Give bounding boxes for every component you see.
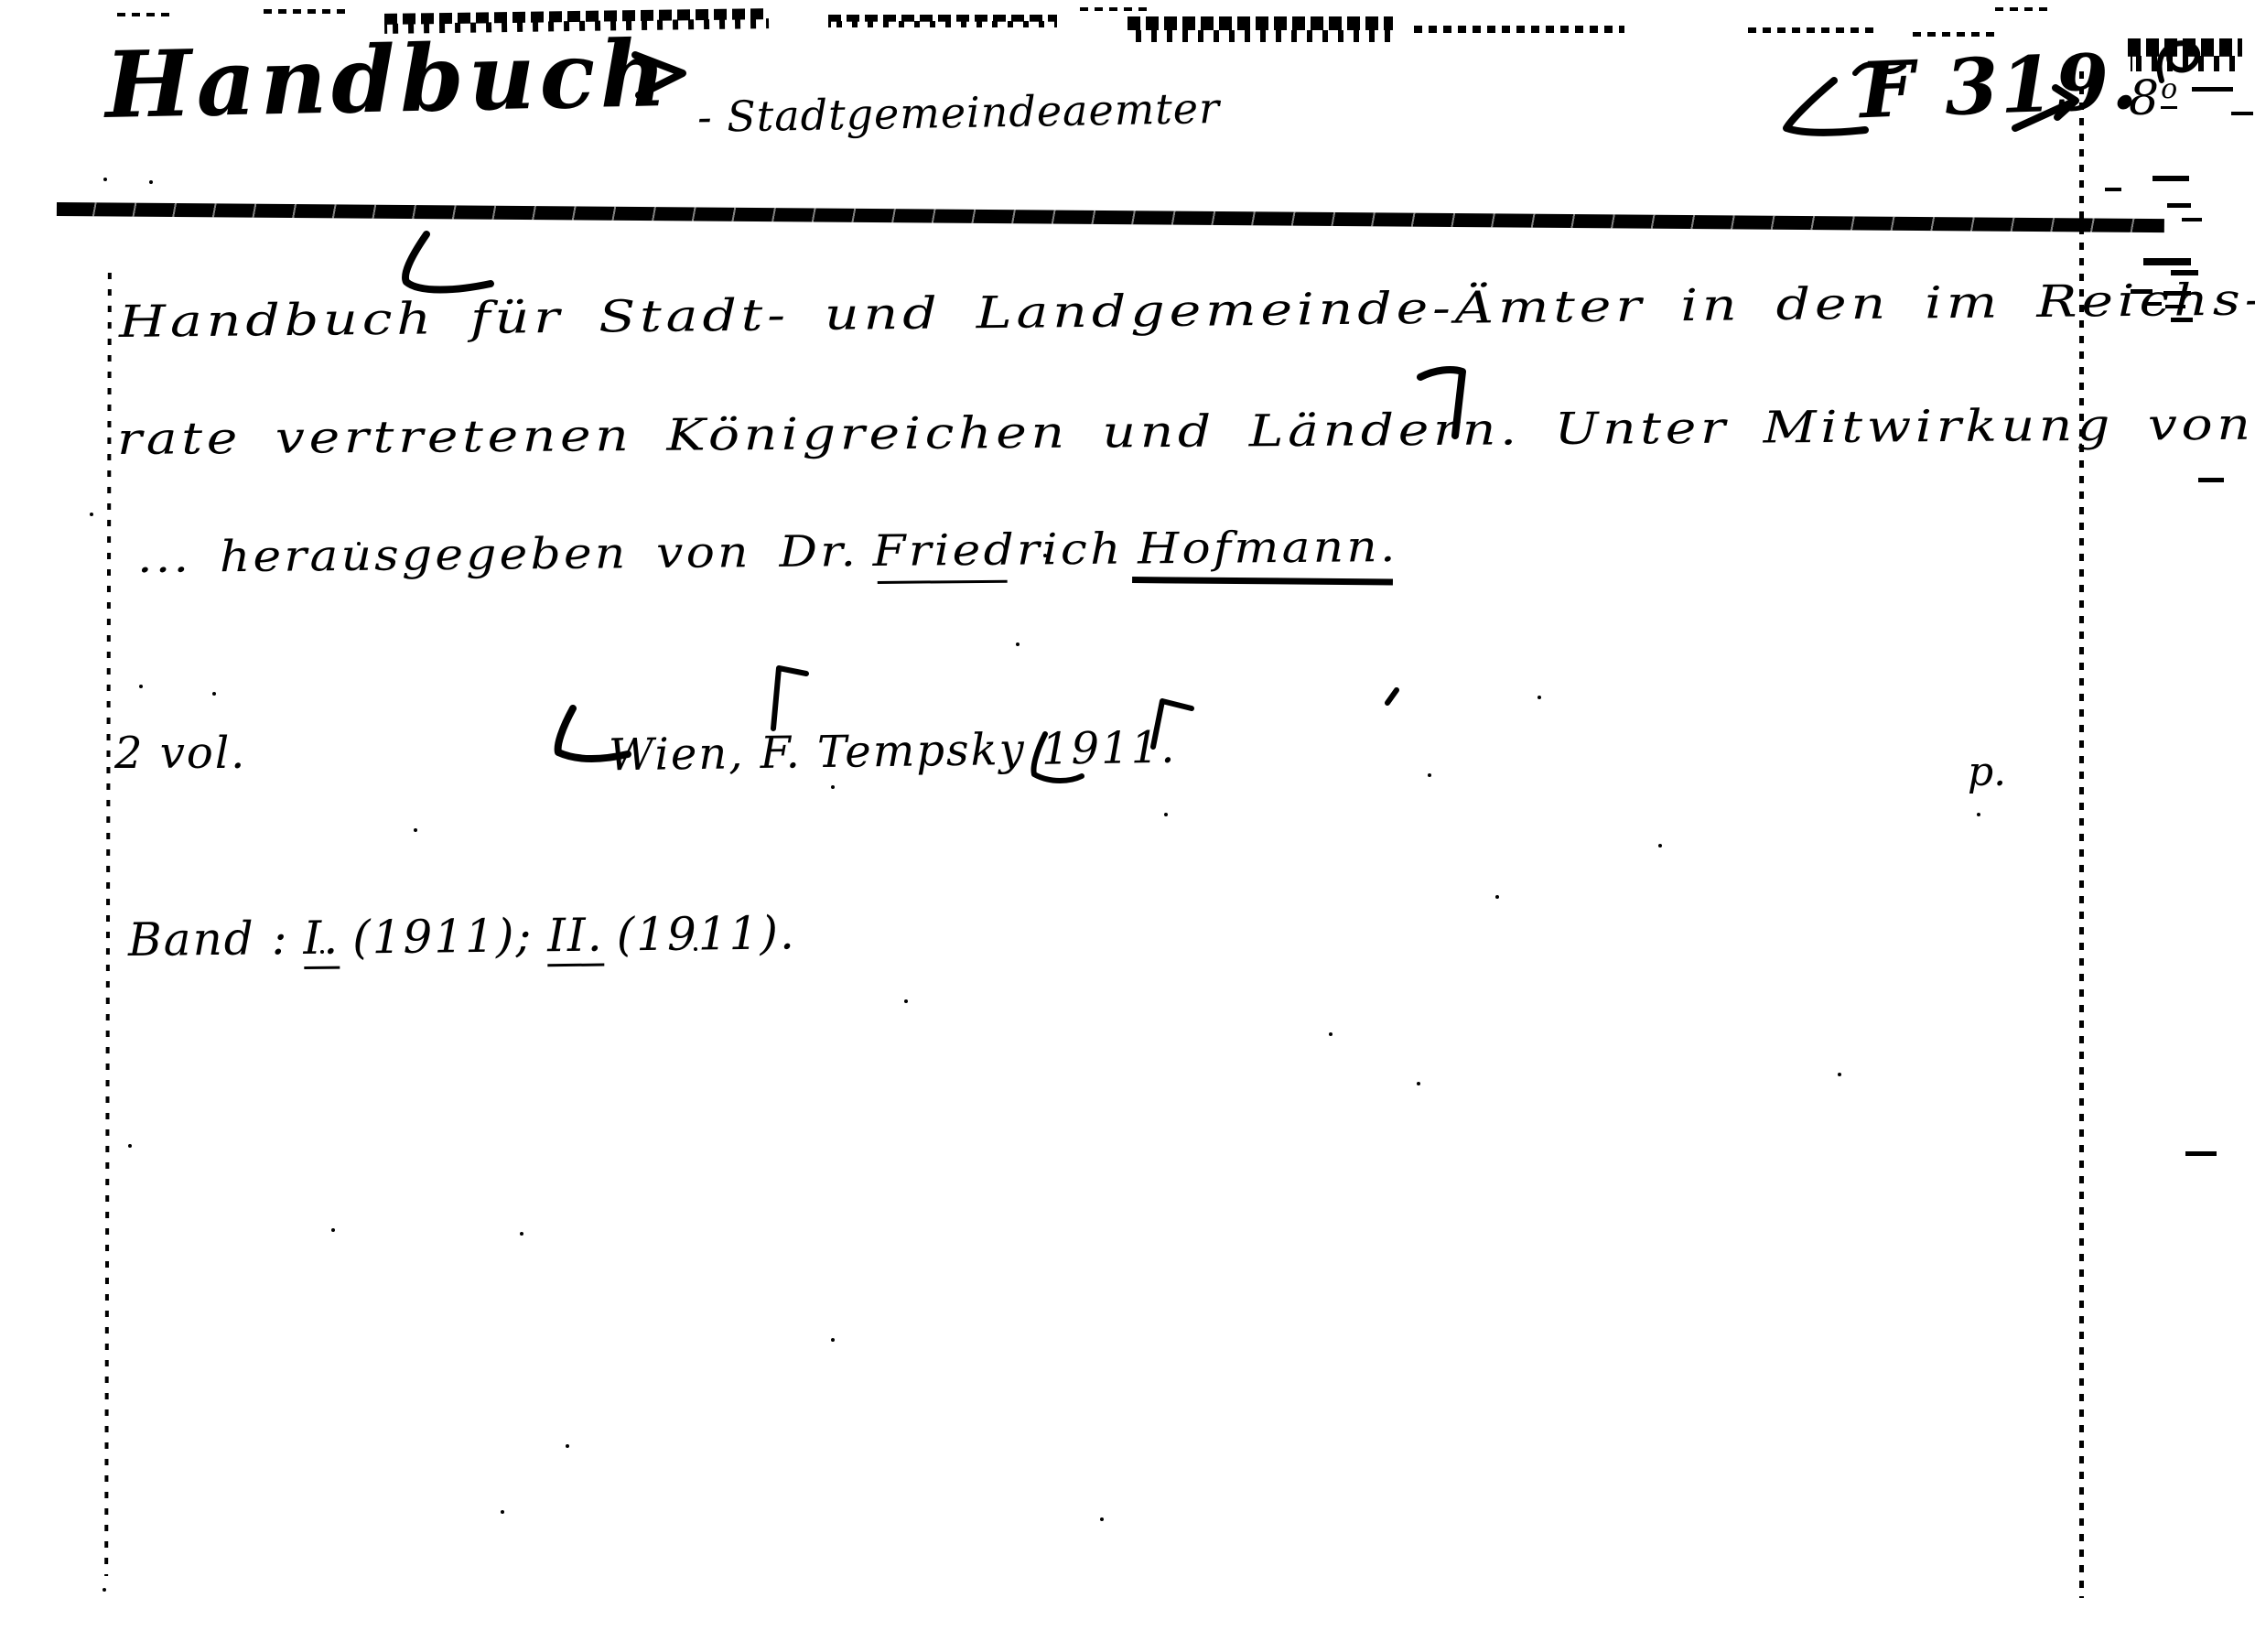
heading-title: Handbuch (104, 19, 672, 139)
margin-dash (2131, 289, 2152, 294)
insertion-caret-icon (630, 42, 694, 101)
editor-line: ... herausgegeben von Dr.FriedrichHofman… (137, 522, 1398, 583)
volume-1-year: (1911); (352, 909, 534, 964)
editor-first-name: Friedrich (872, 524, 1123, 577)
imprint-tick-icon (1384, 686, 1400, 707)
imprint-corner-mark-icon (1146, 694, 1199, 752)
margin-dash (2231, 112, 2253, 115)
speckle-strip (828, 15, 1057, 27)
imprint: Wien, F. Tempsky 1911. (609, 722, 1177, 782)
margin-dash (2143, 302, 2162, 306)
margin-dash (2198, 478, 2224, 482)
pagination-note: p. (1968, 749, 2006, 795)
imprint-corner-mark-icon (764, 661, 812, 734)
margin-dash (2105, 188, 2121, 191)
speckle-strip (1913, 32, 1995, 37)
margin-dash (2167, 203, 2191, 208)
speckle-strip (1748, 27, 1876, 33)
extent: 2 vol. (114, 728, 246, 779)
holdings-label: Band : (128, 912, 289, 966)
noise-dots (0, 0, 4, 4)
shelfmark: F 319. (1858, 36, 2141, 136)
editor-last-name: Hofmann (1138, 522, 1380, 574)
imprint-corner-mark-icon (1025, 730, 1087, 787)
header-rule (57, 202, 2164, 232)
margin-dash (2171, 270, 2198, 275)
speckle-strip (264, 9, 346, 14)
margin-dash (2185, 1151, 2217, 1156)
insertion-caret-icon (392, 231, 497, 299)
editor-prefix: ... herausgegeben von Dr. (137, 526, 859, 583)
left-dotted-line (104, 273, 112, 1576)
volume-2-year: (1911). (616, 906, 796, 961)
speckle-strip (117, 13, 172, 16)
margin-dash (2152, 176, 2189, 181)
editor-suffix: . (1380, 522, 1398, 572)
speckle-strip (1127, 16, 1393, 42)
speckle-strip (1995, 7, 2050, 11)
format-number: 8 (2129, 71, 2159, 126)
volume-1-numeral: I. (303, 912, 340, 969)
margin-dash (2171, 318, 2193, 322)
margin-dash (2182, 218, 2202, 221)
speckle-strip (1414, 26, 1624, 33)
margin-dash (2163, 291, 2191, 296)
margin-dash (2143, 258, 2191, 265)
margin-dash (2165, 305, 2185, 308)
speckle-strip (1080, 7, 1153, 11)
format-mark: 8o (2129, 71, 2177, 126)
format-ordinal: o (2161, 73, 2177, 109)
holdings-line: Band :I.(1911);II.(1911). (128, 906, 796, 966)
margin-dash (2192, 87, 2233, 92)
volume-2-numeral: II. (547, 909, 604, 967)
catalog-card: Handbuch - Stadtgemeindeaemter F 319. 8o… (0, 0, 2255, 1652)
heading-subtitle: - Stadtgemeindeaemter (697, 83, 1221, 142)
shelfmark-right-arrow-icon (2012, 81, 2089, 135)
title-line-2: rate vertretenen Königreichen und Länder… (117, 399, 2255, 465)
